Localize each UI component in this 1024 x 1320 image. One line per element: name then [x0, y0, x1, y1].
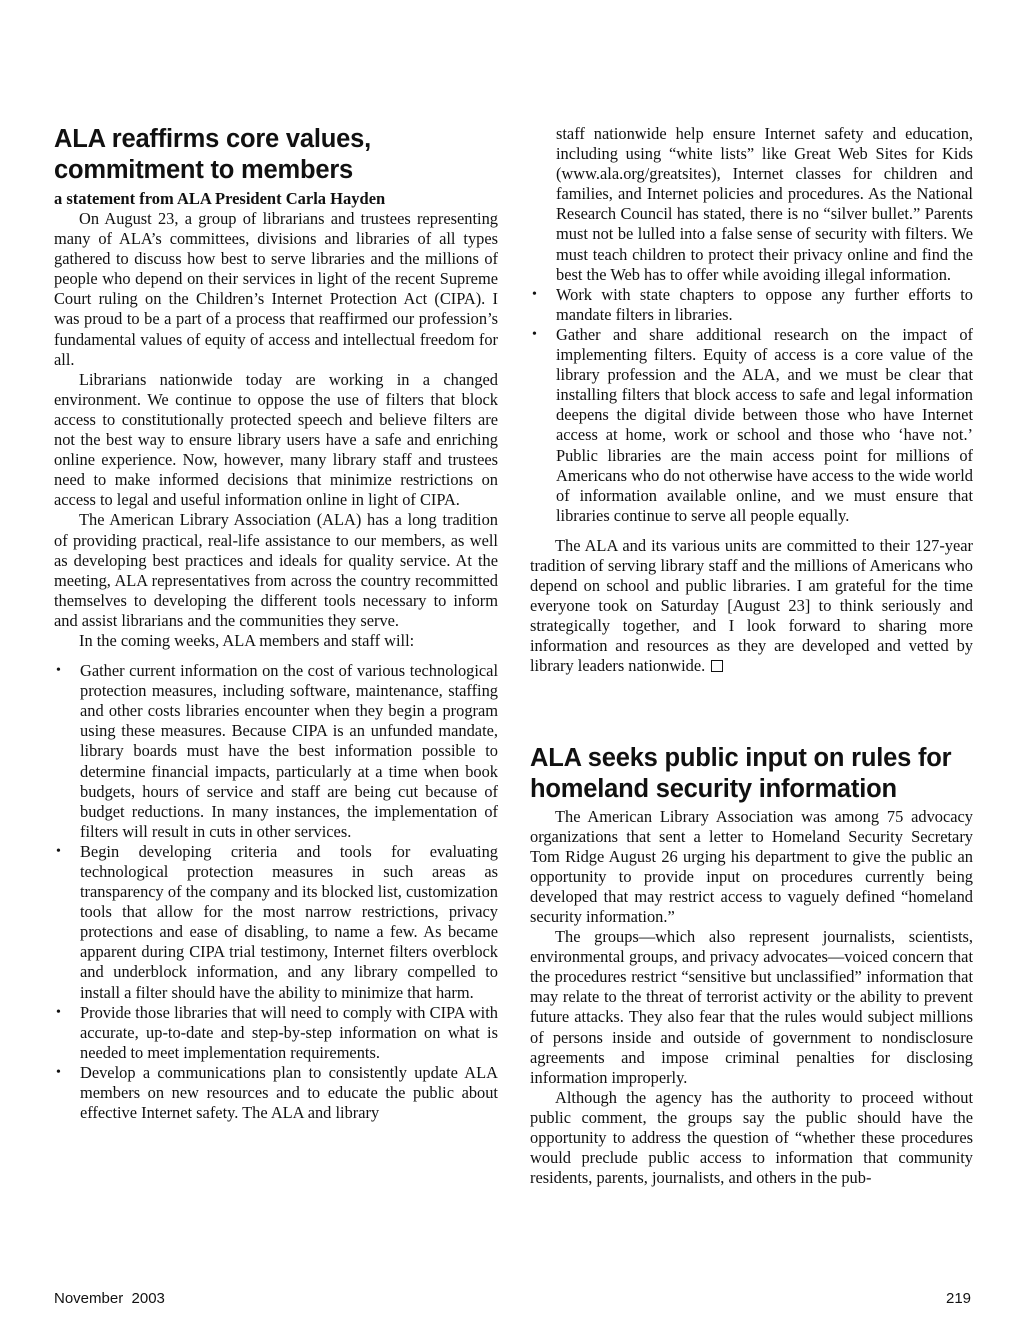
- list-item: • Gather current information on the cost…: [54, 661, 498, 842]
- article2-headline-line2: homeland security information: [530, 775, 897, 803]
- bullet-icon: •: [56, 842, 70, 862]
- article1-byline: a statement from ALA President Carla Hay…: [54, 189, 498, 209]
- bullet-icon: •: [56, 1063, 70, 1083]
- action-list: • Gather current information on the cost…: [54, 661, 498, 1123]
- article1-headline-line1: ALA reaffirms core values,: [54, 125, 371, 153]
- article2-headline-line1: ALA seeks public input on rules for: [530, 744, 951, 772]
- bullet-icon: •: [56, 1003, 70, 1023]
- bullet-icon: •: [532, 325, 546, 345]
- footer-page-number: 219: [946, 1290, 971, 1307]
- list-item: • Work with state chapters to oppose any…: [530, 285, 973, 325]
- article1-paragraph: The American Library Association (ALA) h…: [54, 510, 498, 631]
- bullet-icon: •: [532, 285, 546, 305]
- article2-paragraph: Although the agency has the authority to…: [530, 1088, 973, 1188]
- footer-issue-date: November 2003: [54, 1290, 165, 1307]
- bullet-icon: •: [56, 661, 70, 681]
- list-item-continued: staff nationwide help ensure Internet sa…: [530, 124, 973, 285]
- list-item: • Develop a communications plan to consi…: [54, 1063, 498, 1123]
- article2-paragraph: The American Library Association was amo…: [530, 807, 973, 928]
- article1-paragraph: On August 23, a group of librarians and …: [54, 209, 498, 370]
- article1-headline-line2: commitment to members: [54, 156, 353, 184]
- action-list-continued: staff nationwide help ensure Internet sa…: [530, 124, 973, 526]
- right-column: staff nationwide help ensure Internet sa…: [530, 124, 973, 1188]
- left-column: ALA reaffirms core values, commitment to…: [54, 124, 498, 1123]
- article2-headline: ALA seeks public input on rules for home…: [530, 743, 973, 805]
- list-item: • Begin developing criteria and tools fo…: [54, 842, 498, 1003]
- list-item: • Provide those libraries that will need…: [54, 1003, 498, 1063]
- article1-paragraph: In the coming weeks, ALA members and sta…: [54, 631, 498, 651]
- article2-paragraph: The groups—which also represent journali…: [530, 927, 973, 1088]
- article1-closing: The ALA and its various units are commit…: [530, 536, 973, 677]
- list-item: • Gather and share additional research o…: [530, 325, 973, 526]
- end-of-article-icon: [711, 660, 723, 672]
- article1-paragraph: Librarians nationwide today are working …: [54, 370, 498, 511]
- article1-headline: ALA reaffirms core values, commitment to…: [54, 124, 498, 186]
